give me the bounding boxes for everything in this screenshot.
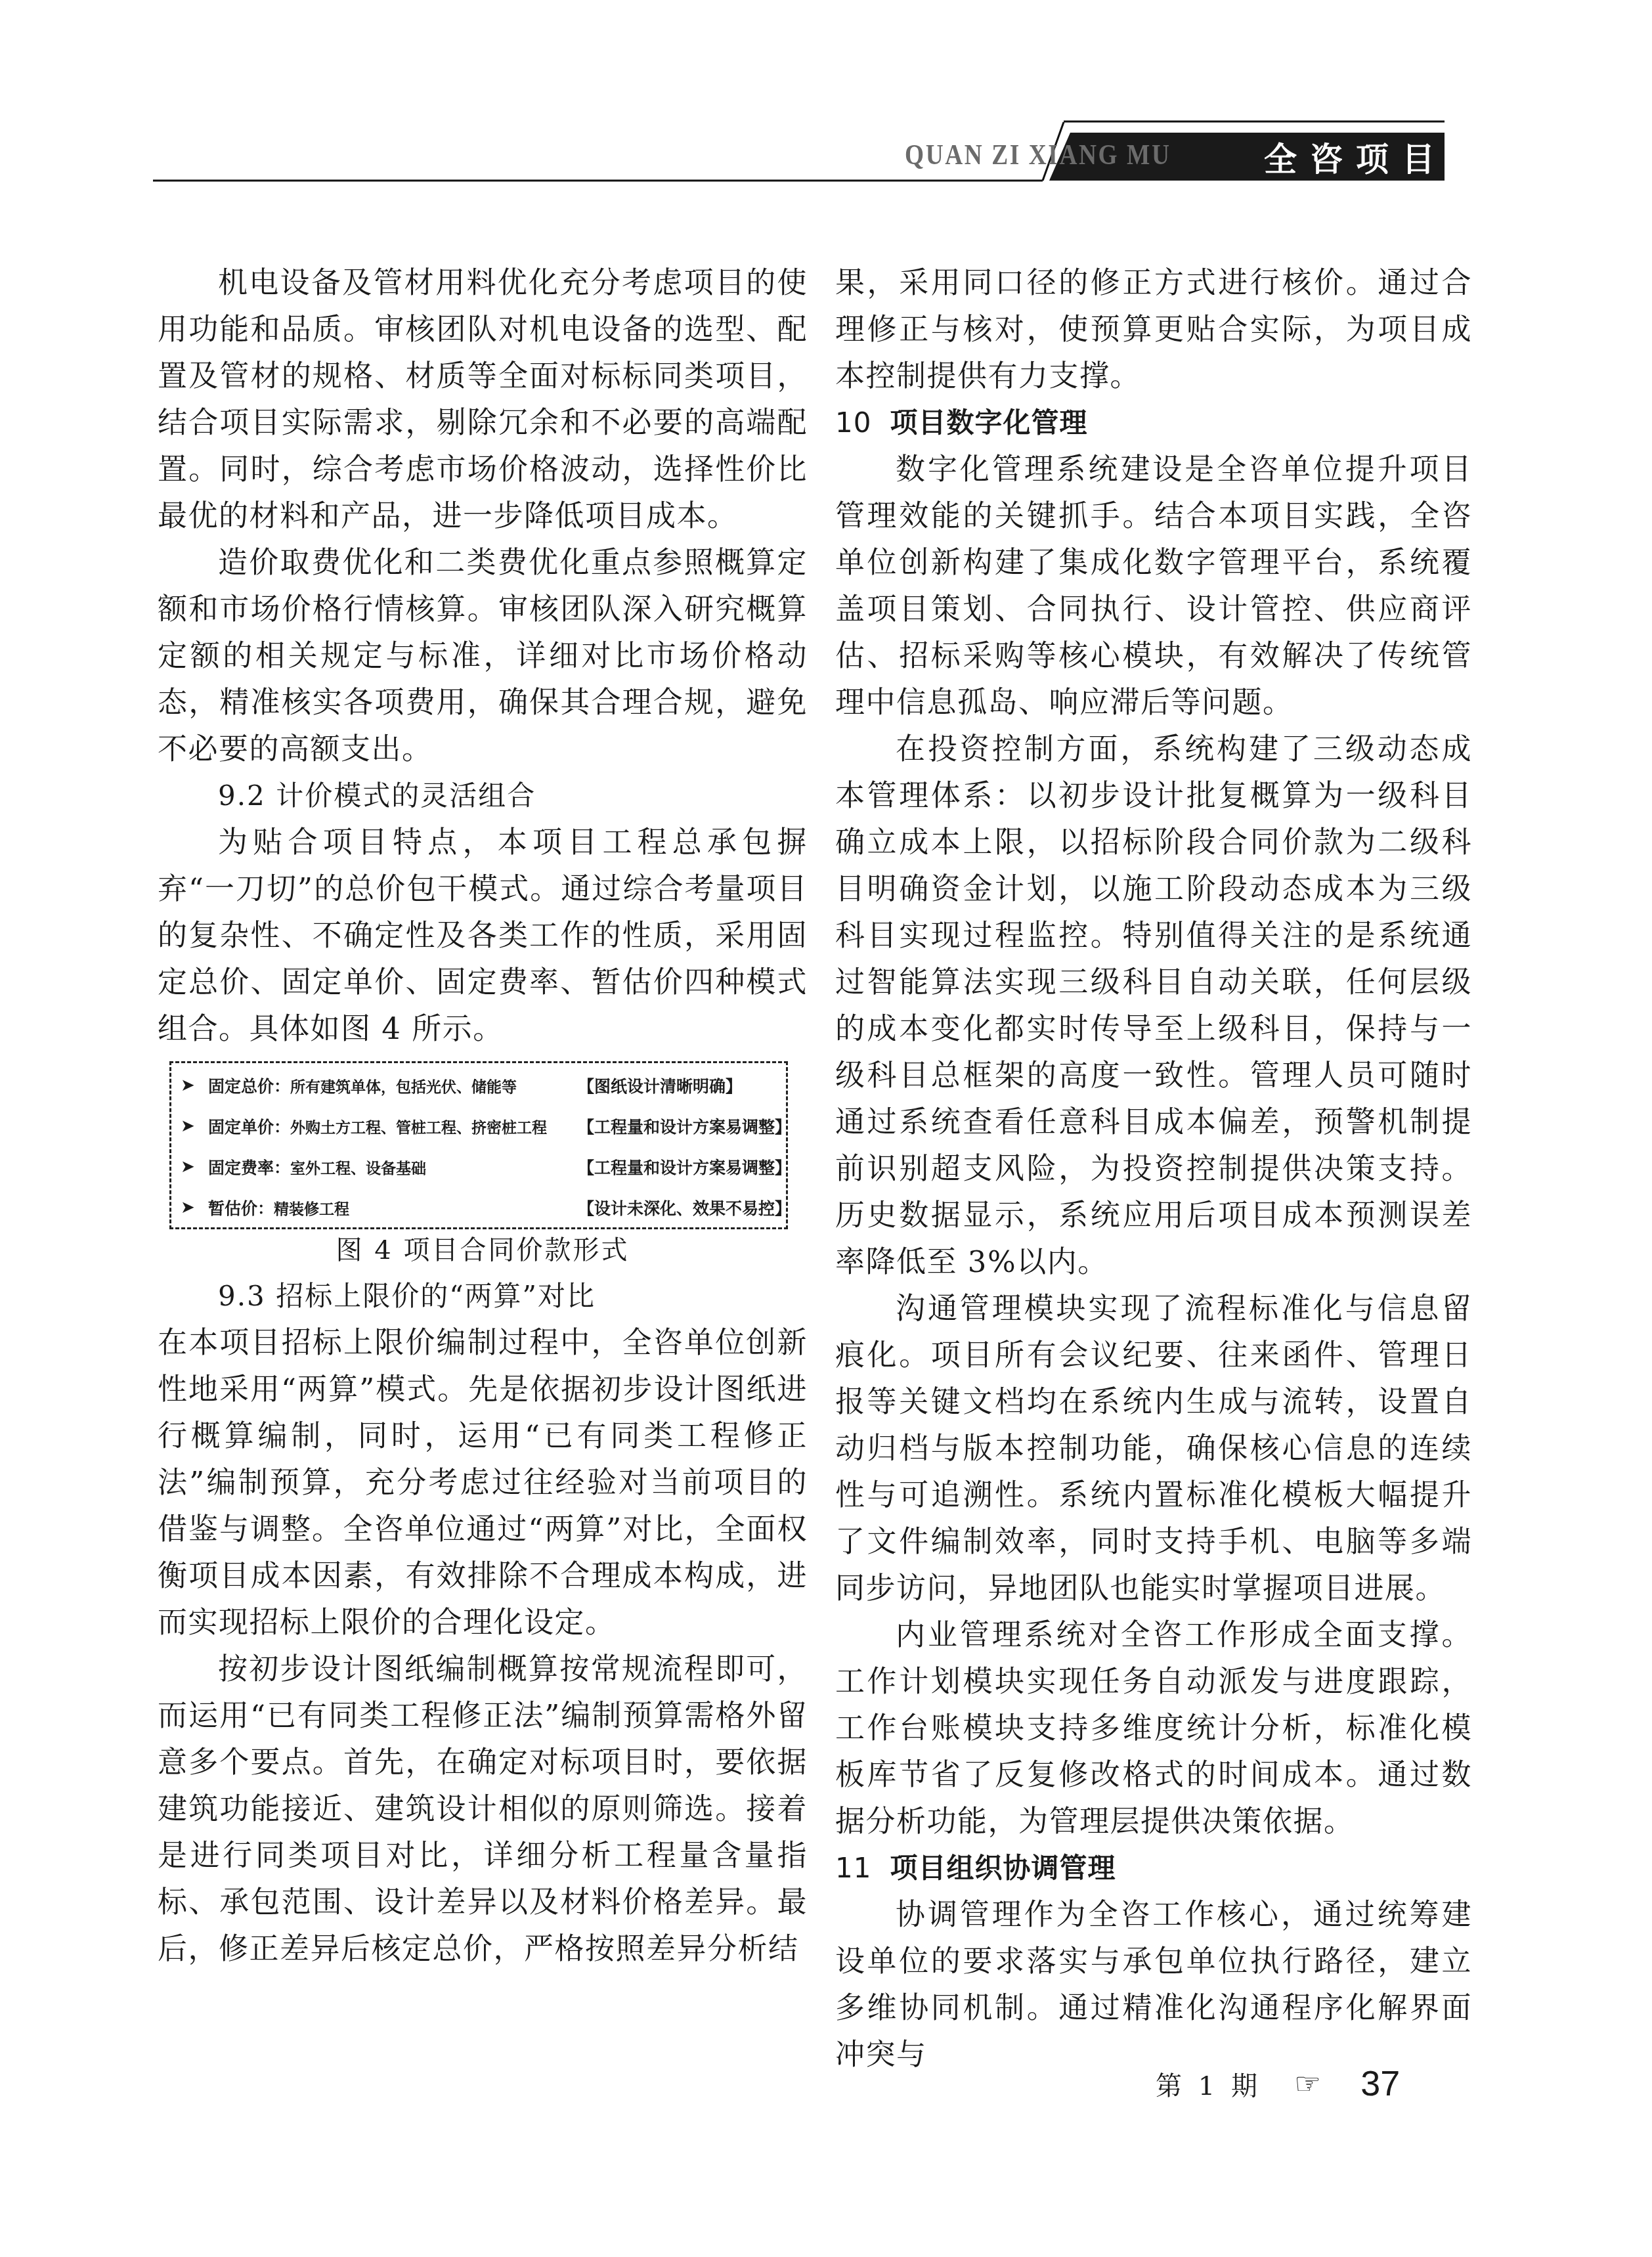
section-title: 项目数字化管理 bbox=[890, 406, 1087, 439]
issue-label: 第 1 期 bbox=[1156, 2065, 1261, 2103]
page-number: 37 bbox=[1360, 2063, 1400, 2104]
section-title-char: 项 bbox=[1356, 133, 1389, 181]
paragraph: 机电设备及管材用料优化充分考虑项目的使用功能和品质。审核团队对机电设备的选型、配… bbox=[158, 259, 808, 539]
figure-row-label: 固定费率： bbox=[208, 1155, 290, 1179]
paragraph: 在本项目招标上限价编制过程中，全咨单位创新性地采用“两算”模式。先是依据初步设计… bbox=[158, 1319, 808, 1646]
figure-row: ➤ 固定费率： 室外工程、设备基础 【工程量和设计方案易调整】 bbox=[181, 1154, 779, 1180]
figure-row-label: 固定单价： bbox=[208, 1114, 290, 1138]
section-heading-10: 10项目数字化管理 bbox=[835, 399, 1472, 446]
figure-row-tag: 【图纸设计清晰明确】 bbox=[578, 1074, 742, 1097]
page-footer: 第 1 期 ☞ 37 bbox=[1156, 2061, 1471, 2107]
right-column: 果，采用同口径的修正方式进行核价。通过合理修正与核对，使预算更贴合实际，为项目成… bbox=[835, 259, 1472, 2078]
figure-row-desc: 室外工程、设备基础 bbox=[290, 1156, 426, 1178]
figure-row: ➤ 固定单价： 外购土方工程、管桩工程、挤密桩工程 【工程量和设计方案易调整】 bbox=[181, 1113, 779, 1139]
arrow-icon: ➤ bbox=[181, 1116, 208, 1136]
paragraph: 沟通管理模块实现了流程标准化与信息留痕化。项目所有会议纪要、往来函件、管理日报等… bbox=[835, 1285, 1472, 1611]
paragraph: 在投资控制方面，系统构建了三级动态成本管理体系：以初步设计批复概算为一级科目确立… bbox=[835, 726, 1472, 1285]
paragraph: 内业管理系统对全咨工作形成全面支撑。工作计划模块实现任务自动派发与进度跟踪，工作… bbox=[835, 1611, 1472, 1845]
figure-row: ➤ 固定总价： 所有建筑单体，包括光伏、储能等 【图纸设计清晰明确】 bbox=[181, 1072, 779, 1099]
section-heading-11: 11项目组织协调管理 bbox=[835, 1845, 1472, 1891]
figure-row-tag: 【设计未深化、效果不易控】 bbox=[578, 1196, 791, 1219]
arrow-icon: ➤ bbox=[181, 1198, 208, 1217]
section-pinyin: QUAN ZI XIANG MU bbox=[905, 138, 1171, 171]
subsection-heading-9-3: 9.3 招标上限价的“两算”对比 bbox=[158, 1273, 808, 1319]
section-number: 10 bbox=[835, 406, 871, 439]
figure-row-desc: 所有建筑单体，包括光伏、储能等 bbox=[290, 1075, 517, 1097]
paragraph: 造价取费优化和二类费优化重点参照概算定额和市场价格行情核算。审核团队深入研究概算… bbox=[158, 539, 808, 772]
pointing-hand-icon: ☞ bbox=[1294, 2066, 1321, 2101]
section-title-char: 咨 bbox=[1310, 133, 1343, 181]
arrow-icon: ➤ bbox=[181, 1157, 208, 1177]
section-title-char: 目 bbox=[1402, 133, 1435, 181]
figure-row-label: 暂估价： bbox=[208, 1196, 274, 1219]
figure-caption: 图 4 项目合同价款形式 bbox=[158, 1231, 808, 1270]
subsection-heading-9-2: 9.2 计价模式的灵活组合 bbox=[158, 772, 808, 819]
figure-4-box: ➤ 固定总价： 所有建筑单体，包括光伏、储能等 【图纸设计清晰明确】 ➤ 固定单… bbox=[169, 1061, 788, 1229]
paragraph: 按初步设计图纸编制概算按常规流程即可，而运用“已有同类工程修正法”编制预算需格外… bbox=[158, 1646, 808, 1972]
figure-row-label: 固定总价： bbox=[208, 1074, 290, 1097]
section-title: 项目组织协调管理 bbox=[890, 1852, 1116, 1884]
figure-row-desc: 精装修工程 bbox=[274, 1197, 349, 1219]
figure-row-tag: 【工程量和设计方案易调整】 bbox=[578, 1155, 791, 1179]
section-title-badge: 全 咨 项 目 bbox=[1264, 134, 1435, 180]
arrow-icon: ➤ bbox=[181, 1076, 208, 1095]
paragraph: 协调管理作为全咨工作核心，通过统筹建设单位的要求落实与承包单位执行路径，建立多维… bbox=[835, 1891, 1472, 2078]
paragraph: 果，采用同口径的修正方式进行核价。通过合理修正与核对，使预算更贴合实际，为项目成… bbox=[835, 259, 1472, 399]
figure-row-desc: 外购土方工程、管桩工程、挤密桩工程 bbox=[290, 1116, 547, 1137]
paragraph: 数字化管理系统建设是全咨单位提升项目管理效能的关键抓手。结合本项目实践，全咨单位… bbox=[835, 446, 1472, 726]
left-column: 机电设备及管材用料优化充分考虑项目的使用功能和品质。审核团队对机电设备的选型、配… bbox=[158, 259, 808, 1972]
figure-row: ➤ 暂估价： 精装修工程 【设计未深化、效果不易控】 bbox=[181, 1194, 779, 1221]
figure-row-tag: 【工程量和设计方案易调整】 bbox=[578, 1114, 791, 1138]
paragraph: 为贴合项目特点，本项目工程总承包摒弃“一刀切”的总价包干模式。通过综合考量项目的… bbox=[158, 819, 808, 1052]
header-decoration bbox=[0, 0, 1652, 217]
section-number: 11 bbox=[835, 1852, 871, 1884]
section-title-char: 全 bbox=[1264, 133, 1297, 181]
